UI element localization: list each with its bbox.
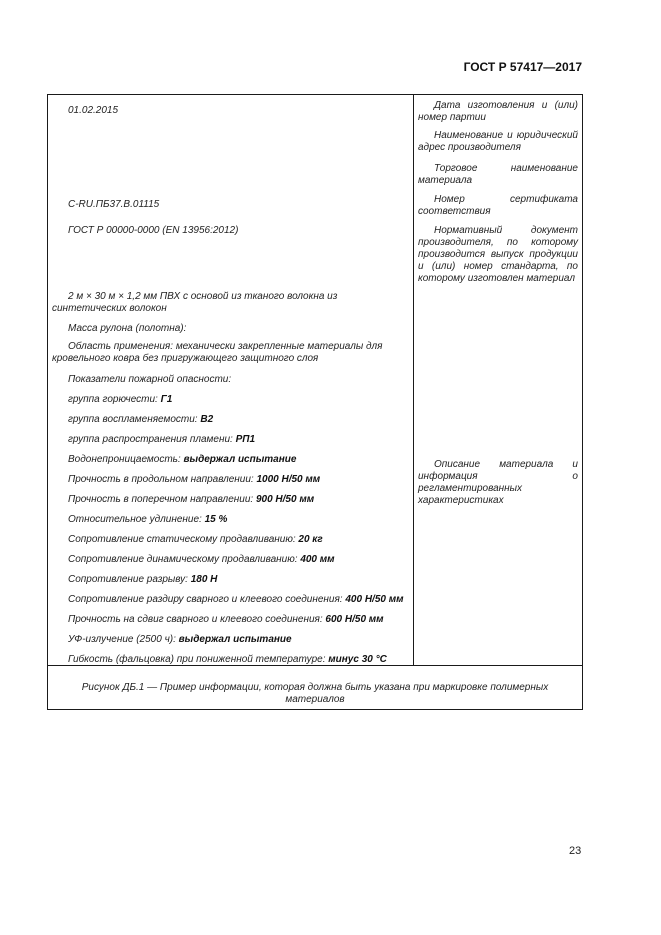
property-line: Сопротивление статическому продавливанию… xyxy=(68,534,323,546)
property-value: 900 Н/50 мм xyxy=(256,494,314,505)
property-line: Гибкость (фальцовка) при пониженной темп… xyxy=(68,654,387,666)
property-line: группа горючести: Г1 xyxy=(68,394,172,406)
roll-mass: Масса рулона (полотна): xyxy=(68,323,186,335)
property-value: 15 % xyxy=(205,514,228,525)
property-label: Сопротивление динамическому продавливани… xyxy=(68,554,300,565)
property-label: Прочность в продольном направлении: xyxy=(68,474,256,485)
property-value: В2 xyxy=(200,414,213,425)
property-label: УФ-излучение (2500 ч): xyxy=(68,634,179,645)
page-number: 23 xyxy=(569,845,581,857)
property-label: Прочность на сдвиг сварного и клеевого с… xyxy=(68,614,325,625)
material-description: 2 м × 30 м × 1,2 мм ПВХ с основой из тка… xyxy=(52,291,408,315)
property-value: выдержал испытание xyxy=(183,454,296,465)
property-line: Водонепроницаемость: выдержал испытание xyxy=(68,454,296,466)
property-value: выдержал испытание xyxy=(179,634,292,645)
property-line: УФ-излучение (2500 ч): выдержал испытани… xyxy=(68,634,292,646)
certificate-number: C-RU.ПБ37.В.01115 xyxy=(68,199,159,211)
manufacture-date: 01.02.2015 xyxy=(68,105,118,117)
note-description: Описание материала и информация о реглам… xyxy=(418,459,578,507)
note-certificate: Номер сертификата соответствия xyxy=(418,194,578,218)
fire-hazard-header: Показатели пожарной опасности: xyxy=(68,374,231,386)
application-area: Область применения: механически закрепле… xyxy=(52,341,408,365)
property-line: группа распространения пламени: РП1 xyxy=(68,434,255,446)
property-value: РП1 xyxy=(236,434,255,445)
property-value: 20 кг xyxy=(298,534,322,545)
property-line: Прочность в поперечном направлении: 900 … xyxy=(68,494,314,506)
standard-reference: ГОСТ Р 00000-0000 (EN 13956:2012) xyxy=(68,225,238,237)
property-value: минус 30 °С xyxy=(328,654,387,665)
property-value: 400 Н/50 мм xyxy=(345,594,403,605)
property-value: 400 мм xyxy=(300,554,334,565)
property-label: Сопротивление статическому продавливанию… xyxy=(68,534,298,545)
property-label: Сопротивление раздиру сварного и клеевог… xyxy=(68,594,345,605)
property-line: Сопротивление динамическому продавливани… xyxy=(68,554,335,566)
property-label: Сопротивление разрыву: xyxy=(68,574,191,585)
property-value: 1000 Н/50 мм xyxy=(256,474,320,485)
property-line: группа воспламеняемости: В2 xyxy=(68,414,213,426)
note-standard: Нормативный документ производителя, по к… xyxy=(418,225,578,285)
note-date: Дата изготовления и (или) номер партии xyxy=(418,100,578,124)
property-line: Прочность в продольном направлении: 1000… xyxy=(68,474,320,486)
property-line: Сопротивление раздиру сварного и клеевог… xyxy=(68,594,404,606)
figure-caption: Рисунок ДБ.1 — Пример информации, котора… xyxy=(48,682,582,706)
column-divider xyxy=(413,95,414,665)
property-value: Г1 xyxy=(161,394,173,405)
property-label: группа воспламеняемости: xyxy=(68,414,200,425)
property-line: Прочность на сдвиг сварного и клеевого с… xyxy=(68,614,384,626)
property-label: Гибкость (фальцовка) при пониженной темп… xyxy=(68,654,328,665)
figure-box: 01.02.2015 C-RU.ПБ37.В.01115 ГОСТ Р 0000… xyxy=(47,94,583,710)
property-value: 180 Н xyxy=(191,574,218,585)
property-line: Относительное удлинение: 15 % xyxy=(68,514,227,526)
note-manufacturer: Наименование и юридический адрес произво… xyxy=(418,130,578,154)
property-value: 600 Н/50 мм xyxy=(325,614,383,625)
note-trade-name: Торговое наименование материала xyxy=(418,163,578,187)
document-header: ГОСТ Р 57417—2017 xyxy=(464,60,582,74)
property-label: группа распространения пламени: xyxy=(68,434,236,445)
property-label: Относительное удлинение: xyxy=(68,514,205,525)
property-label: Водонепроницаемость: xyxy=(68,454,183,465)
property-label: группа горючести: xyxy=(68,394,161,405)
marking-table: 01.02.2015 C-RU.ПБ37.В.01115 ГОСТ Р 0000… xyxy=(48,95,582,666)
property-label: Прочность в поперечном направлении: xyxy=(68,494,256,505)
property-line: Сопротивление разрыву: 180 Н xyxy=(68,574,217,586)
